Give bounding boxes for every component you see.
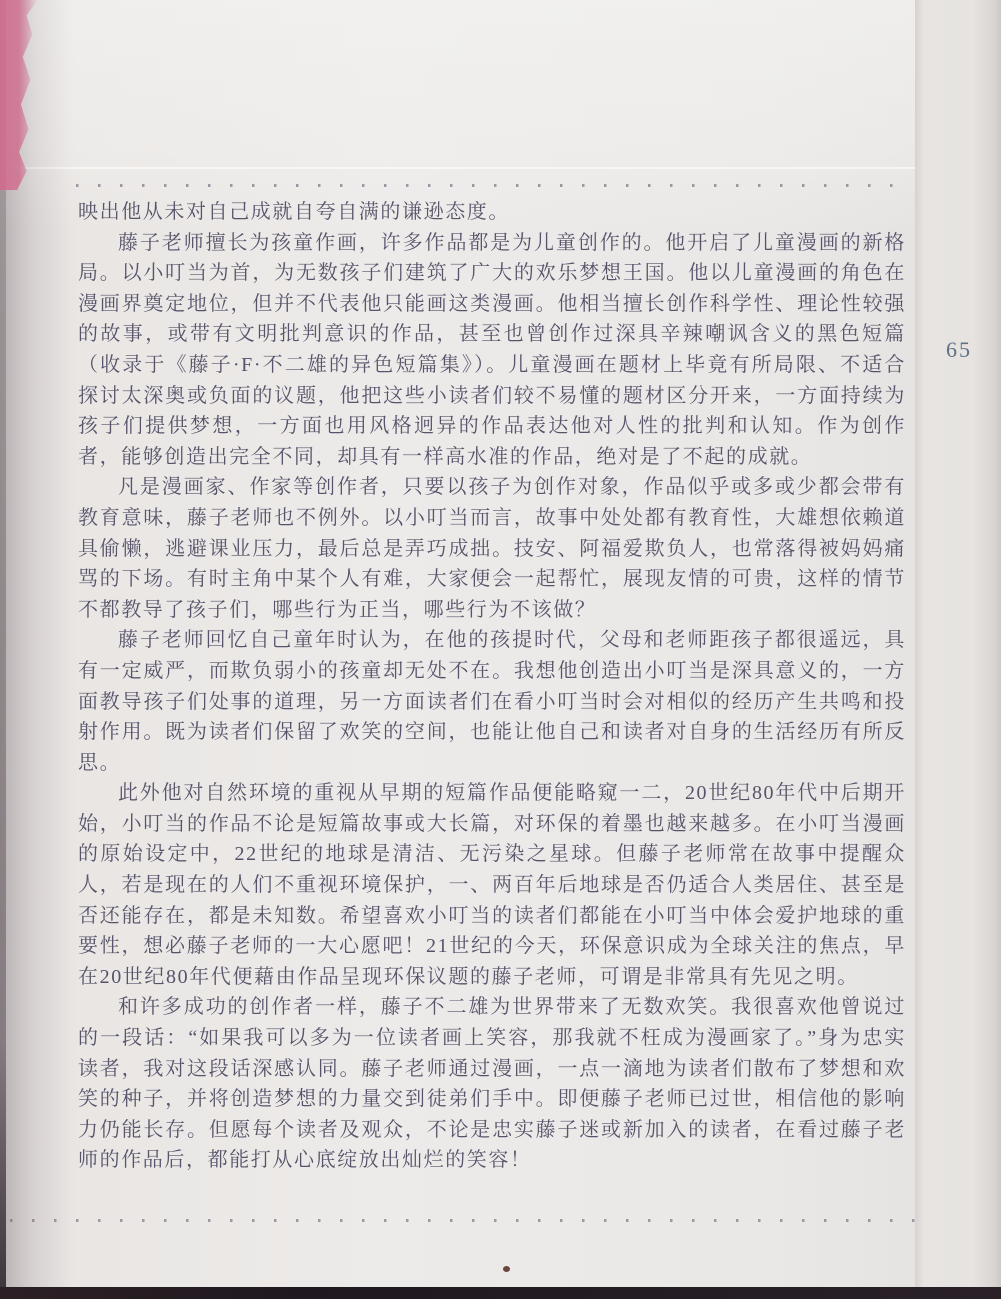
scan-bottom-edge xyxy=(0,1287,1001,1299)
paragraph: 藤子老师擅长为孩童作画，许多作品都是为儿童创作的。他开启了儿童漫画的新格局。以小… xyxy=(78,228,906,473)
article-text: 映出他从未对自己成就自夸自满的谦逊态度。 藤子老师擅长为孩童作画，许多作品都是为… xyxy=(78,197,906,1176)
paragraph: 映出他从未对自己成就自夸自满的谦逊态度。 xyxy=(78,197,906,228)
right-page-edge: 小叮当的四次元空间 xyxy=(915,0,1001,1299)
paragraph: 此外他对自然环境的重视从早期的短篇作品便能略窥一二，20世纪80年代中后期开始，… xyxy=(78,778,906,992)
dotted-separator-top xyxy=(76,184,898,187)
paragraph: 和许多成功的创作者一样，藤子不二雄为世界带来了无数欢笑。我很喜欢他曾说过的一段话… xyxy=(78,992,906,1176)
scanned-page: { "page": { "number": "65" }, "sidebar":… xyxy=(0,0,1001,1299)
page-number: 65 xyxy=(946,337,972,363)
paragraph: 凡是漫画家、作家等创作者，只要以孩子为创作对象，作品似乎或多或少都会带有教育意味… xyxy=(78,472,906,625)
paragraph: 藤子老师回忆自己童年时认为，在他的孩提时代，父母和老师距孩子都很遥远，具有一定威… xyxy=(78,625,906,778)
scan-crease xyxy=(0,167,918,169)
scan-speck xyxy=(503,1266,510,1272)
dotted-separator-bottom xyxy=(10,1219,988,1222)
